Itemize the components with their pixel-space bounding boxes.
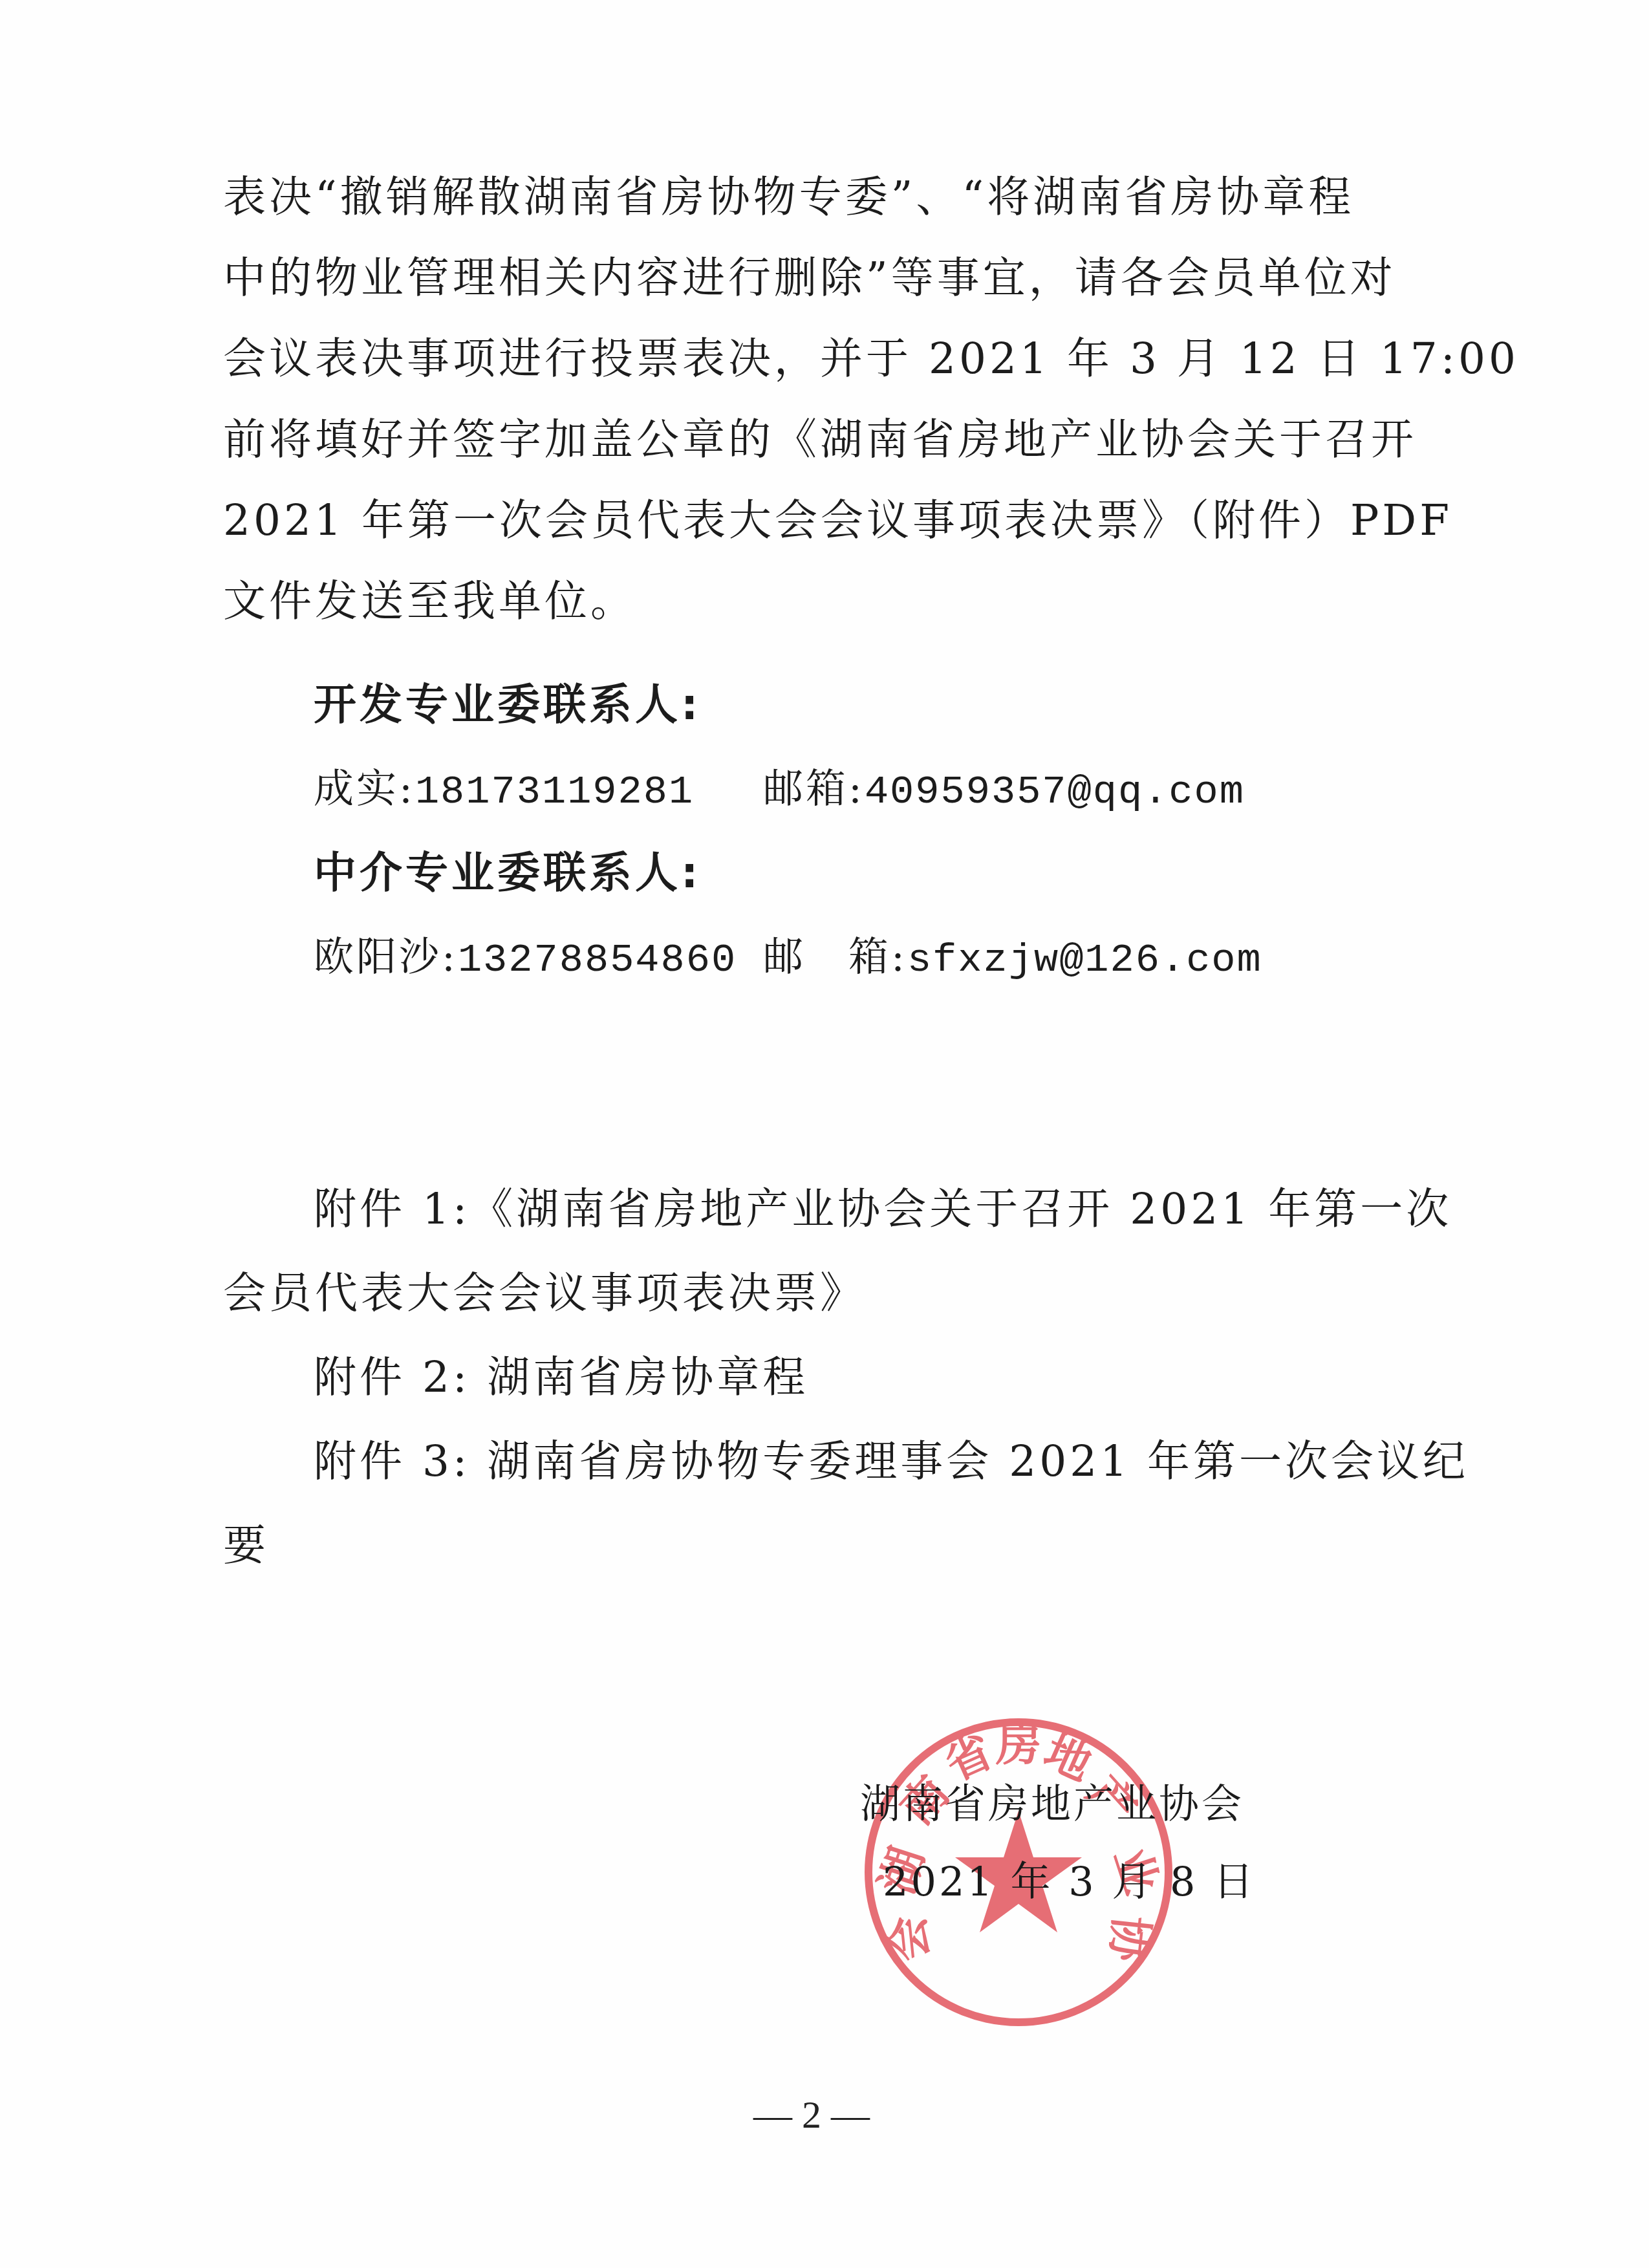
contact-name: 成实: — [314, 763, 415, 815]
signature-organization: 湖南省房地产业协会 — [860, 1778, 1244, 1830]
svg-text:协: 协 — [1100, 1913, 1158, 1965]
signature-date: 2021 年 3 月 8 日 — [883, 1856, 1256, 1908]
email-address[interactable]: 40959357@qq.com — [865, 769, 1245, 815]
page-number: — 2 — — [715, 2089, 909, 2141]
contact-name: 欧阳沙: — [314, 931, 458, 983]
contact-heading-development: 开发专业委联系人: — [314, 679, 1348, 731]
body-line-1: 表决“撤销解散湖南省房协物专委”、“将湖南省房协章程 — [223, 171, 1348, 223]
email-address[interactable]: sfxzjw@126.com — [907, 937, 1262, 983]
body-line-2: 中的物业管理相关内容进行删除”等事宜，请各会员单位对 — [223, 252, 1348, 304]
svg-text:房: 房 — [995, 1718, 1041, 1771]
attachment-1-line-2: 会员代表大会会议事项表决票》 — [223, 1268, 1348, 1319]
contact-email-agency: 邮 箱:sfxzjw@126.com — [763, 931, 1262, 986]
svg-text:会: 会 — [881, 1913, 938, 1963]
attachment-3-line-2: 要 — [223, 1520, 1348, 1571]
email-label: 邮箱: — [763, 765, 865, 812]
contact-row-agency: 欧阳沙:13278854860 — [314, 931, 737, 986]
attachment-1-line-1: 附件 1:《湖南省房地产业协会关于召开 2021 年第一次 — [314, 1183, 1348, 1235]
contact-phone: 18173119281 — [415, 769, 694, 815]
contact-heading-agency: 中介专业委联系人: — [314, 847, 1348, 899]
body-line-3: 会议表决事项进行投票表决，并于 2021 年 3 月 12 日 17:00 — [223, 333, 1348, 385]
attachment-3-line-1: 附件 3: 湖南省房协物专委理事会 2021 年第一次会议纪 — [314, 1436, 1348, 1487]
body-line-5: 2021 年第一次会员代表大会会议事项表决票》（附件）PDF — [223, 495, 1348, 546]
attachment-2-line-1: 附件 2: 湖南省房协章程 — [314, 1352, 1348, 1403]
contact-row-development: 成实:18173119281 — [314, 763, 694, 818]
body-line-4: 前将填好并签字加盖公章的《湖南省房地产业协会关于召开 — [223, 414, 1348, 466]
contact-phone: 13278854860 — [458, 937, 737, 983]
document-page: 表决“撤销解散湖南省房协物专委”、“将湖南省房协章程 中的物业管理相关内容进行删… — [0, 0, 1649, 2268]
contact-email-development: 邮箱:40959357@qq.com — [763, 763, 1245, 818]
body-line-6: 文件发送至我单位。 — [223, 576, 1348, 627]
email-label: 邮 箱: — [763, 933, 907, 980]
